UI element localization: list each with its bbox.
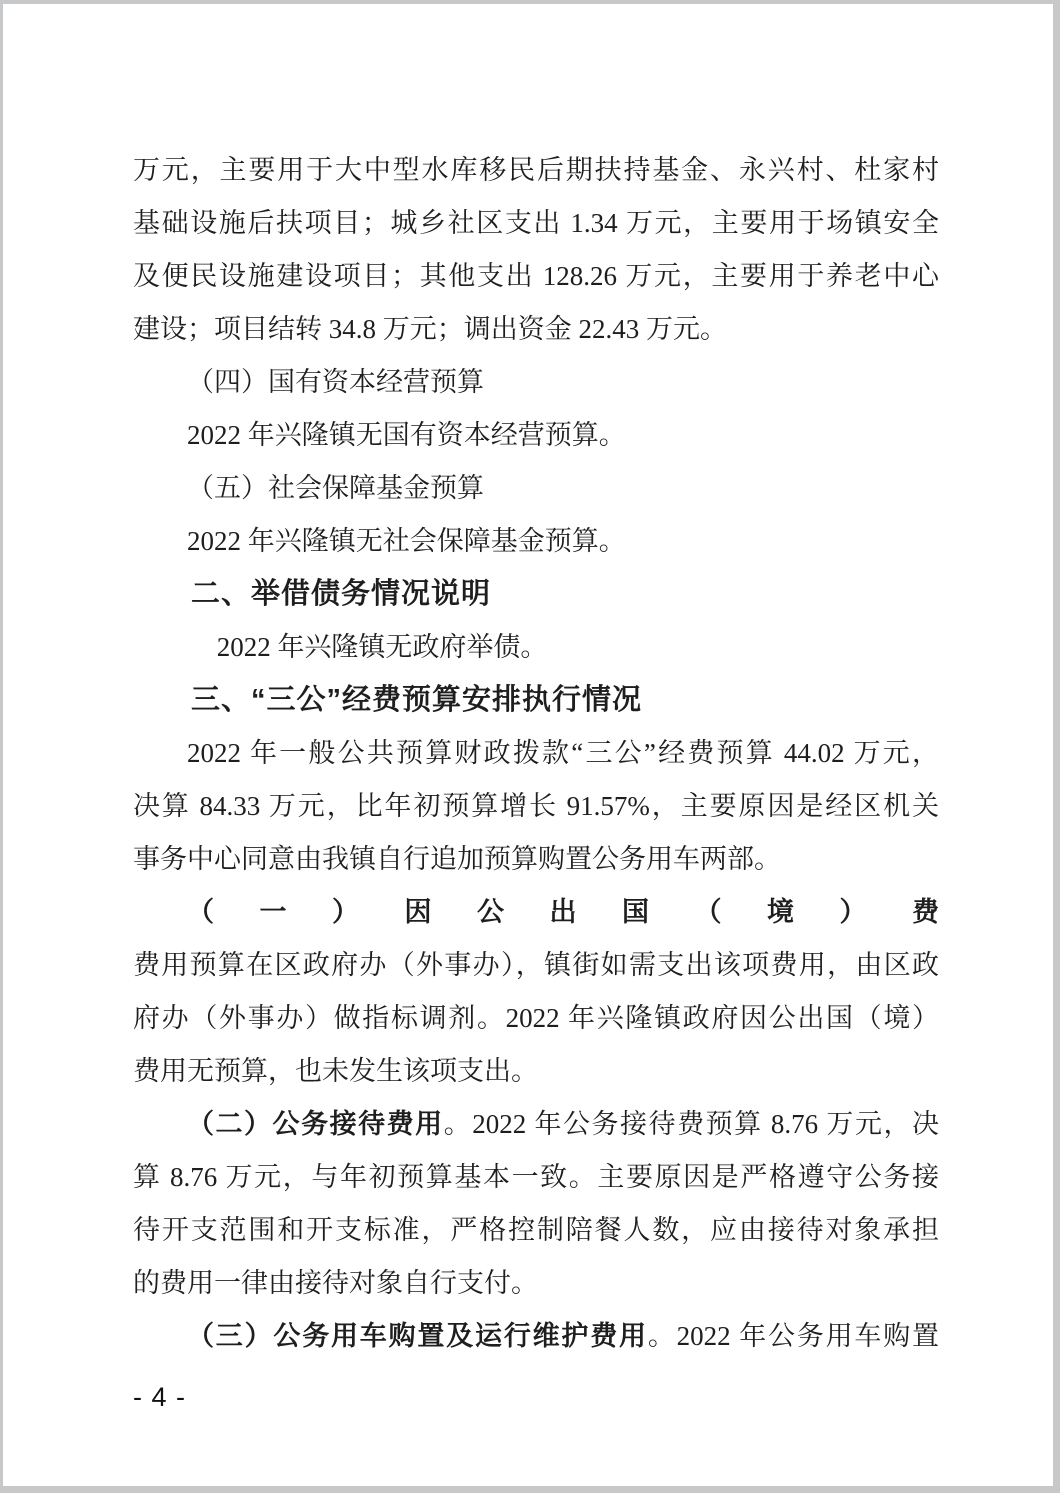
body-line: 待开支范围和开支标准，严格控制陪餐人数，应由接待对象承担 — [133, 1204, 939, 1257]
document-body: 万元，主要用于大中型水库移民后期扶持基金、永兴村、杜家村基础设施后扶项目；城乡社… — [133, 144, 939, 1363]
body-line: （一）因公出国（境）费用。按全区统一部署，因公出国（境） — [133, 886, 939, 939]
body-line: 府办（外事办）做指标调剂。2022 年兴隆镇政府因公出国（境） — [133, 992, 939, 1045]
body-line: 算 8.76 万元，与年初预算基本一致。主要原因是严格遵守公务接 — [133, 1151, 939, 1204]
bold-lead-in: （三）公务用车购置及运行维护费用 — [187, 1321, 648, 1351]
body-line: 及便民设施建设项目；其他支出 128.26 万元，主要用于养老中心 — [133, 250, 939, 303]
body-line: 建设；项目结转 34.8 万元；调出资金 22.43 万元。 — [133, 303, 939, 356]
body-line: 费用预算在区政府办（外事办），镇街如需支出该项费用，由区政 — [133, 939, 939, 992]
subsection-heading: （五）社会保障基金预算 — [133, 462, 939, 515]
body-line: 费用无预算，也未发生该项支出。 — [133, 1045, 939, 1098]
bold-lead-in: （二）公务接待费用 — [187, 1109, 444, 1139]
bold-lead-in: （一）因公出国（境）费用 — [133, 897, 939, 939]
body-line: 2022 年兴隆镇无社会保障基金预算。 — [133, 515, 939, 568]
page-number: - 4 - — [133, 1384, 186, 1411]
section-heading: 三、“三公”经费预算安排执行情况 — [133, 674, 939, 727]
body-line: 万元，主要用于大中型水库移民后期扶持基金、永兴村、杜家村 — [133, 144, 939, 197]
document-page: 万元，主要用于大中型水库移民后期扶持基金、永兴村、杜家村基础设施后扶项目；城乡社… — [0, 0, 1060, 1493]
subsection-heading: （四）国有资本经营预算 — [133, 356, 939, 409]
body-line: 2022 年兴隆镇无政府举债。 — [133, 621, 939, 674]
body-line: 基础设施后扶项目；城乡社区支出 1.34 万元，主要用于场镇安全 — [133, 197, 939, 250]
body-line: 事务中心同意由我镇自行追加预算购置公务用车两部。 — [133, 833, 939, 886]
body-line: 2022 年兴隆镇无国有资本经营预算。 — [133, 409, 939, 462]
body-line: （二）公务接待费用。2022 年公务接待费预算 8.76 万元，决 — [133, 1098, 939, 1151]
body-line: 2022 年一般公共预算财政拨款“三公”经费预算 44.02 万元， — [133, 727, 939, 780]
body-line: 的费用一律由接待对象自行支付。 — [133, 1257, 939, 1310]
body-line: （三）公务用车购置及运行维护费用。2022 年公务用车购置 — [133, 1310, 939, 1363]
body-line: 决算 84.33 万元，比年初预算增长 91.57%，主要原因是经区机关 — [133, 780, 939, 833]
section-heading: 二、举借债务情况说明 — [133, 568, 939, 621]
